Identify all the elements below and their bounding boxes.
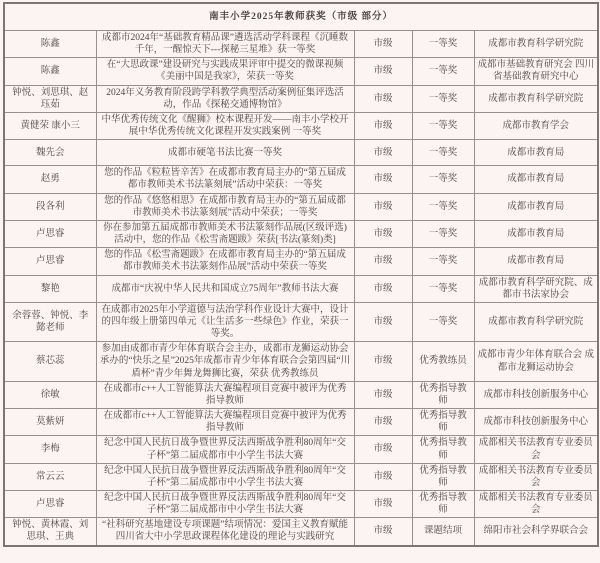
org-cell: 成都市教育科学研究院 xyxy=(474,302,598,341)
org-cell: 成都市科技创新服务中心 xyxy=(474,381,598,408)
award-title-cell: 一等奖 xyxy=(412,31,474,58)
teacher-award-table: 南丰小学2025年教师获奖（市级 部分） 陈鑫成都市2024年“基础教育精品课”… xyxy=(3,2,599,547)
table-row: 徐敏在成都市c++人工智能算法大赛编程项目竞赛中被评为优秀指导教师市级优秀指导教… xyxy=(4,381,598,408)
level-cell: 市级 xyxy=(354,140,412,166)
award-content-cell: 2024年义务教育阶段跨学科教学典型活动案例征集评选活动，作品《探秘交通博物馆》 xyxy=(96,85,354,112)
award-title-cell: 优秀指导教师 xyxy=(412,491,474,518)
title-row: 南丰小学2025年教师获奖（市级 部分） xyxy=(4,3,598,31)
table-row: 陈鑫成都市2024年“基础教育精品课”遴选活动学科课程《沉睡数千年，一醒惊天下-… xyxy=(4,31,598,58)
award-table-body: 南丰小学2025年教师获奖（市级 部分） 陈鑫成都市2024年“基础教育精品课”… xyxy=(4,3,598,546)
level-cell: 市级 xyxy=(354,518,412,546)
level-cell: 市级 xyxy=(354,31,412,58)
teacher-name-cell: 黄健荣 康小三 xyxy=(4,112,96,139)
award-title-cell: 一等奖 xyxy=(412,58,474,85)
table-row: 钟悦、黄林霞、刘思琪、王典“社科研究基地建设专项课题”结项情况：爱国主义教育赋能… xyxy=(4,518,598,546)
award-content-cell: 纪念中国人民抗日战争暨世界反法西斯战争胜利80周年“交子杯”第二届成都市中小学生… xyxy=(96,463,354,490)
org-cell: 成都相关书法教育专业委员会 xyxy=(474,463,598,490)
award-title-cell: 优秀教练员 xyxy=(412,342,474,381)
org-cell: 成都市基础教育研究会 四川省基础教育研究中心 xyxy=(474,58,598,85)
table-row: 常云云纪念中国人民抗日战争暨世界反法西斯战争胜利80周年“交子杯”第二届成都市中… xyxy=(4,463,598,490)
org-cell: 成都市教育局 xyxy=(474,166,598,193)
teacher-name-cell: 钟悦、刘思琪、赵珏茹 xyxy=(4,85,96,112)
award-title-cell: 一等奖 xyxy=(412,220,474,247)
org-cell: 成都市教育科学研究院 xyxy=(474,31,598,58)
teacher-name-cell: 李梅 xyxy=(4,436,96,463)
org-cell: 成都相关书法教育专业委员会 xyxy=(474,491,598,518)
level-cell: 市级 xyxy=(354,436,412,463)
award-content-cell: 在“大思政课”建设研究与实践成果评审中提交的微课视频《美丽中国是我家》，荣获一等… xyxy=(96,58,354,85)
table-row: 黎艳成都市“庆祝中华人民共和国成立75周年”教师书法大赛市级一等奖成都市教育科学… xyxy=(4,275,598,302)
org-cell: 成都市教育局 xyxy=(474,140,598,166)
award-content-cell: 纪念中国人民抗日战争暨世界反法西斯战争胜利80周年“交子杯”第二届成都市中小学生… xyxy=(96,436,354,463)
teacher-name-cell: 卢思睿 xyxy=(4,248,96,275)
award-content-cell: 在成都市2025年小学道德与法治学科作业设计大赛中，设计的四年级上册第四单元《让… xyxy=(96,302,354,341)
scanned-award-document: 南丰小学2025年教师获奖（市级 部分） 陈鑫成都市2024年“基础教育精品课”… xyxy=(0,0,600,563)
org-cell: 成都市教育科学研究院 xyxy=(474,85,598,112)
award-content-cell: “社科研究基地建设专项课题”结项情况：爱国主义教育赋能四川省大中小学思政课程体化… xyxy=(96,518,354,546)
award-title-cell: 一等奖 xyxy=(412,248,474,275)
table-row: 陈鑫在“大思政课”建设研究与实践成果评审中提交的微课视频《美丽中国是我家》，荣获… xyxy=(4,58,598,85)
award-title-cell: 一等奖 xyxy=(412,193,474,220)
award-content-cell: 成都市硬笔书法比赛一等奖 xyxy=(96,140,354,166)
org-cell: 成都市教育学会 xyxy=(474,112,598,139)
award-content-cell: 您的作品《粒粒皆辛苦》在成都市教育局主办的“第五届成都市教师美术书法篆刻展”活动… xyxy=(96,166,354,193)
level-cell: 市级 xyxy=(354,112,412,139)
award-title-cell: 一等奖 xyxy=(412,275,474,302)
award-content-cell: 在成都市c++人工智能算法大赛编程项目竞赛中被评为优秀指导教师 xyxy=(96,381,354,408)
award-title-cell: 优秀指导教师 xyxy=(412,381,474,408)
award-title-cell: 一等奖 xyxy=(412,140,474,166)
table-row: 卢思睿纪念中国人民抗日战争暨世界反法西斯战争胜利80周年“交子杯”第二届成都市中… xyxy=(4,491,598,518)
teacher-name-cell: 段各利 xyxy=(4,193,96,220)
award-title-cell: 一等奖 xyxy=(412,302,474,341)
level-cell: 市级 xyxy=(354,58,412,85)
teacher-name-cell: 蔡芯蕊 xyxy=(4,342,96,381)
award-title-cell: 课题结项 xyxy=(412,518,474,546)
table-row: 段各利您的作品《悠悠相思》在成都市教育局主办的“第五届成都市教师美术书法篆刻展”… xyxy=(4,193,598,220)
award-title-cell: 一等奖 xyxy=(412,112,474,139)
teacher-name-cell: 徐敏 xyxy=(4,381,96,408)
award-content-cell: 参加由成都市青少年体育联合会主办，成都市龙狮运动协会承办的“快乐之星”2025年… xyxy=(96,342,354,381)
org-cell: 成都市科技创新服务中心 xyxy=(474,409,598,436)
table-row: 魏先会成都市硬笔书法比赛一等奖市级一等奖成都市教育局 xyxy=(4,140,598,166)
teacher-name-cell: 黎艳 xyxy=(4,275,96,302)
level-cell: 市级 xyxy=(354,491,412,518)
award-title-cell: 优秀指导教师 xyxy=(412,436,474,463)
table-row: 李梅纪念中国人民抗日战争暨世界反法西斯战争胜利80周年“交子杯”第二届成都市中小… xyxy=(4,436,598,463)
award-content-cell: 中华优秀传统文化《醒狮》校本课程开发——南丰小学校开展中华优秀传统文化课程开发实… xyxy=(96,112,354,139)
award-content-cell: 纪念中国人民抗日战争暨世界反法西斯战争胜利80周年“交子杯”第二届成都市中小学生… xyxy=(96,491,354,518)
level-cell: 市级 xyxy=(354,220,412,247)
level-cell: 市级 xyxy=(354,85,412,112)
org-cell: 成都市教育局 xyxy=(474,193,598,220)
teacher-name-cell: 钟悦、黄林霞、刘思琪、王典 xyxy=(4,518,96,546)
teacher-name-cell: 卢思睿 xyxy=(4,220,96,247)
level-cell: 市级 xyxy=(354,275,412,302)
teacher-name-cell: 常云云 xyxy=(4,463,96,490)
award-title-cell: 一等奖 xyxy=(412,166,474,193)
award-content-cell: 成都市2024年“基础教育精品课”遴选活动学科课程《沉睡数千年，一醒惊天下---… xyxy=(96,31,354,58)
teacher-name-cell: 陈鑫 xyxy=(4,31,96,58)
teacher-name-cell: 陈鑫 xyxy=(4,58,96,85)
table-row: 钟悦、刘思琪、赵珏茹2024年义务教育阶段跨学科教学典型活动案例征集评选活动，作… xyxy=(4,85,598,112)
page-title: 南丰小学2025年教师获奖（市级 部分） xyxy=(4,3,598,31)
org-cell: 成都相关书法教育专业委员会 xyxy=(474,436,598,463)
org-cell: 成都市青少年体育联合会 成都市龙狮运动协会 xyxy=(474,342,598,381)
level-cell: 市级 xyxy=(354,463,412,490)
award-content-cell: 你在参加第五届成都市教师美术书法篆刻作品展(区级评选)活动中，您的作品《松雪斋题… xyxy=(96,220,354,247)
level-cell: 市级 xyxy=(354,381,412,408)
org-cell: 成都市教育局 xyxy=(474,248,598,275)
award-title-cell: 一等奖 xyxy=(412,85,474,112)
org-cell: 绵阳市社会科学界联合会 xyxy=(474,518,598,546)
org-cell: 成都市教育局 xyxy=(474,220,598,247)
table-row: 蔡芯蕊参加由成都市青少年体育联合会主办，成都市龙狮运动协会承办的“快乐之星”20… xyxy=(4,342,598,381)
award-content-cell: 您的作品《松雪斋题跋》在成都市教育局主办的“第五届成都市教师美术书法篆刻作品展”… xyxy=(96,248,354,275)
award-title-cell: 优秀指导教师 xyxy=(412,463,474,490)
teacher-name-cell: 莫紫妍 xyxy=(4,409,96,436)
teacher-name-cell: 赵勇 xyxy=(4,166,96,193)
award-content-cell: 成都市“庆祝中华人民共和国成立75周年”教师书法大赛 xyxy=(96,275,354,302)
table-row: 莫紫妍在成都市c++人工智能算法大赛编程项目竞赛中被评为优秀指导教师市级优秀指导… xyxy=(4,409,598,436)
teacher-name-cell: 魏先会 xyxy=(4,140,96,166)
teacher-name-cell: 卢思睿 xyxy=(4,491,96,518)
table-row: 赵勇您的作品《粒粒皆辛苦》在成都市教育局主办的“第五届成都市教师美术书法篆刻展”… xyxy=(4,166,598,193)
level-cell: 市级 xyxy=(354,248,412,275)
table-row: 卢思睿您的作品《松雪斋题跋》在成都市教育局主办的“第五届成都市教师美术书法篆刻作… xyxy=(4,248,598,275)
level-cell: 市级 xyxy=(354,409,412,436)
level-cell: 市级 xyxy=(354,302,412,341)
table-row: 余蓉蓉、钟悦、李懿老师在成都市2025年小学道德与法治学科作业设计大赛中，设计的… xyxy=(4,302,598,341)
org-cell: 成都市教育科学研究院、成都市书法家协会 xyxy=(474,275,598,302)
level-cell: 市级 xyxy=(354,193,412,220)
teacher-name-cell: 余蓉蓉、钟悦、李懿老师 xyxy=(4,302,96,341)
award-content-cell: 在成都市c++人工智能算法大赛编程项目竞赛中被评为优秀指导教师 xyxy=(96,409,354,436)
award-title-cell: 优秀指导教师 xyxy=(412,409,474,436)
table-row: 黄健荣 康小三中华优秀传统文化《醒狮》校本课程开发——南丰小学校开展中华优秀传统… xyxy=(4,112,598,139)
level-cell: 市级 xyxy=(354,166,412,193)
table-row: 卢思睿你在参加第五届成都市教师美术书法篆刻作品展(区级评选)活动中，您的作品《松… xyxy=(4,220,598,247)
award-content-cell: 您的作品《悠悠相思》在成都市教育局主办的“第五届成都市教师美术书法篆刻展”活动中… xyxy=(96,193,354,220)
level-cell: 市级 xyxy=(354,342,412,381)
